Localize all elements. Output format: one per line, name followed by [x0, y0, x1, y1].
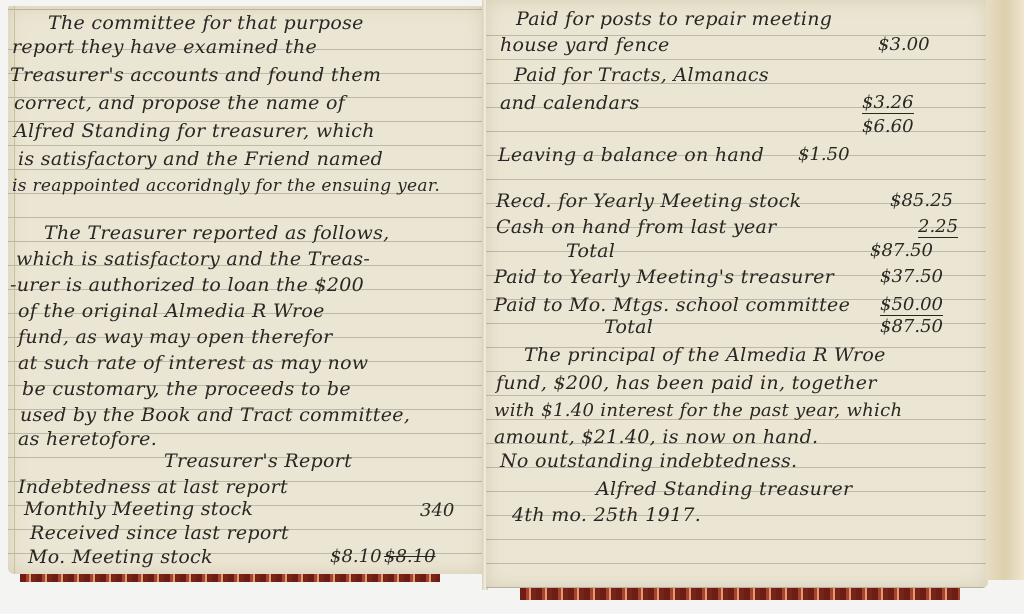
text-line: as heretofore. — [18, 428, 157, 450]
text-line: The principal of the Almedia R Wroe — [524, 344, 886, 366]
text-line: used by the Book and Tract committee, — [20, 404, 410, 426]
text-line: with $1.40 interest for the past year, w… — [494, 400, 902, 421]
expense-label: Paid for Tracts, Almanacs — [514, 64, 769, 86]
report-line-amount-struck: $8.10 — [384, 546, 436, 567]
ym-paid-treasurer-label: Paid to Yearly Meeting's treasurer — [494, 266, 834, 288]
text-line: is reappointed accoridngly for the ensui… — [12, 176, 440, 196]
ym-total-in-amount: $87.50 — [870, 240, 933, 261]
treasurer-signature: Alfred Standing treasurer — [596, 478, 852, 500]
report-line-amount: $8.10 — [330, 546, 382, 567]
balance-line: Leaving a balance on hand — [498, 144, 764, 166]
expense-amount: $3.26 — [862, 92, 914, 114]
text-line: is satisfactory and the Friend named — [18, 148, 383, 170]
report-line-label: Indebtedness at last report — [18, 476, 288, 498]
report-line-amount: 340 — [420, 500, 454, 521]
text-line: be customary, the proceeds to be — [22, 378, 351, 400]
text-line: of the original Almedia R Wroe — [18, 300, 325, 322]
ym-paid-school-amount: $50.00 — [880, 294, 943, 316]
text-line: The Treasurer reported as follows, — [44, 222, 389, 244]
expenses-total: $6.60 — [862, 116, 914, 137]
ym-paid-treasurer-amount: $37.50 — [880, 266, 943, 287]
ym-total-out-label: Total — [604, 316, 653, 338]
text-line: fund, as way may open therefor — [18, 326, 332, 348]
text-line: No outstanding indebtedness. — [500, 450, 797, 472]
expense-label: and calendars — [500, 92, 640, 114]
text-line: Treasurer's accounts and found them — [10, 64, 381, 86]
text-line: amount, $21.40, is now on hand. — [494, 426, 818, 448]
expense-amount: $3.00 — [878, 34, 930, 55]
entry-date: 4th mo. 25th 1917. — [512, 504, 701, 526]
text-line: report they have examined the — [12, 36, 317, 58]
report-line-label: Received since last report — [30, 522, 289, 544]
text-line: -urer is authorized to loan the $200 — [10, 274, 364, 296]
expense-label: Paid for posts to repair meeting — [516, 8, 832, 30]
treasurers-report-heading: Treasurer's Report — [164, 450, 352, 472]
text-line: Alfred Standing for treasurer, which — [14, 120, 375, 142]
ym-received-label: Recd. for Yearly Meeting stock — [496, 190, 802, 212]
text-line: correct, and propose the name of — [14, 92, 345, 114]
text-line: fund, $200, has been paid in, together — [496, 372, 877, 394]
text-line: which is satisfactory and the Treas- — [16, 248, 370, 270]
text-line: at such rate of interest as may now — [18, 352, 368, 374]
ym-cash-amount: 2.25 — [918, 216, 958, 238]
report-line-label: Mo. Meeting stock — [28, 546, 213, 568]
page-stack-edge — [986, 0, 1024, 580]
ym-cash-label: Cash on hand from last year — [496, 216, 777, 238]
ym-total-out-amount: $87.50 — [880, 316, 943, 337]
ym-received-amount: $85.25 — [890, 190, 953, 211]
text-line: The committee for that purpose — [48, 12, 364, 34]
expense-label: house yard fence — [500, 34, 670, 56]
ym-total-in-label: Total — [566, 240, 615, 262]
report-line-label: Monthly Meeting stock — [24, 498, 253, 520]
ym-paid-school-label: Paid to Mo. Mtgs. school committee — [494, 294, 850, 316]
balance-amount: $1.50 — [798, 144, 850, 165]
